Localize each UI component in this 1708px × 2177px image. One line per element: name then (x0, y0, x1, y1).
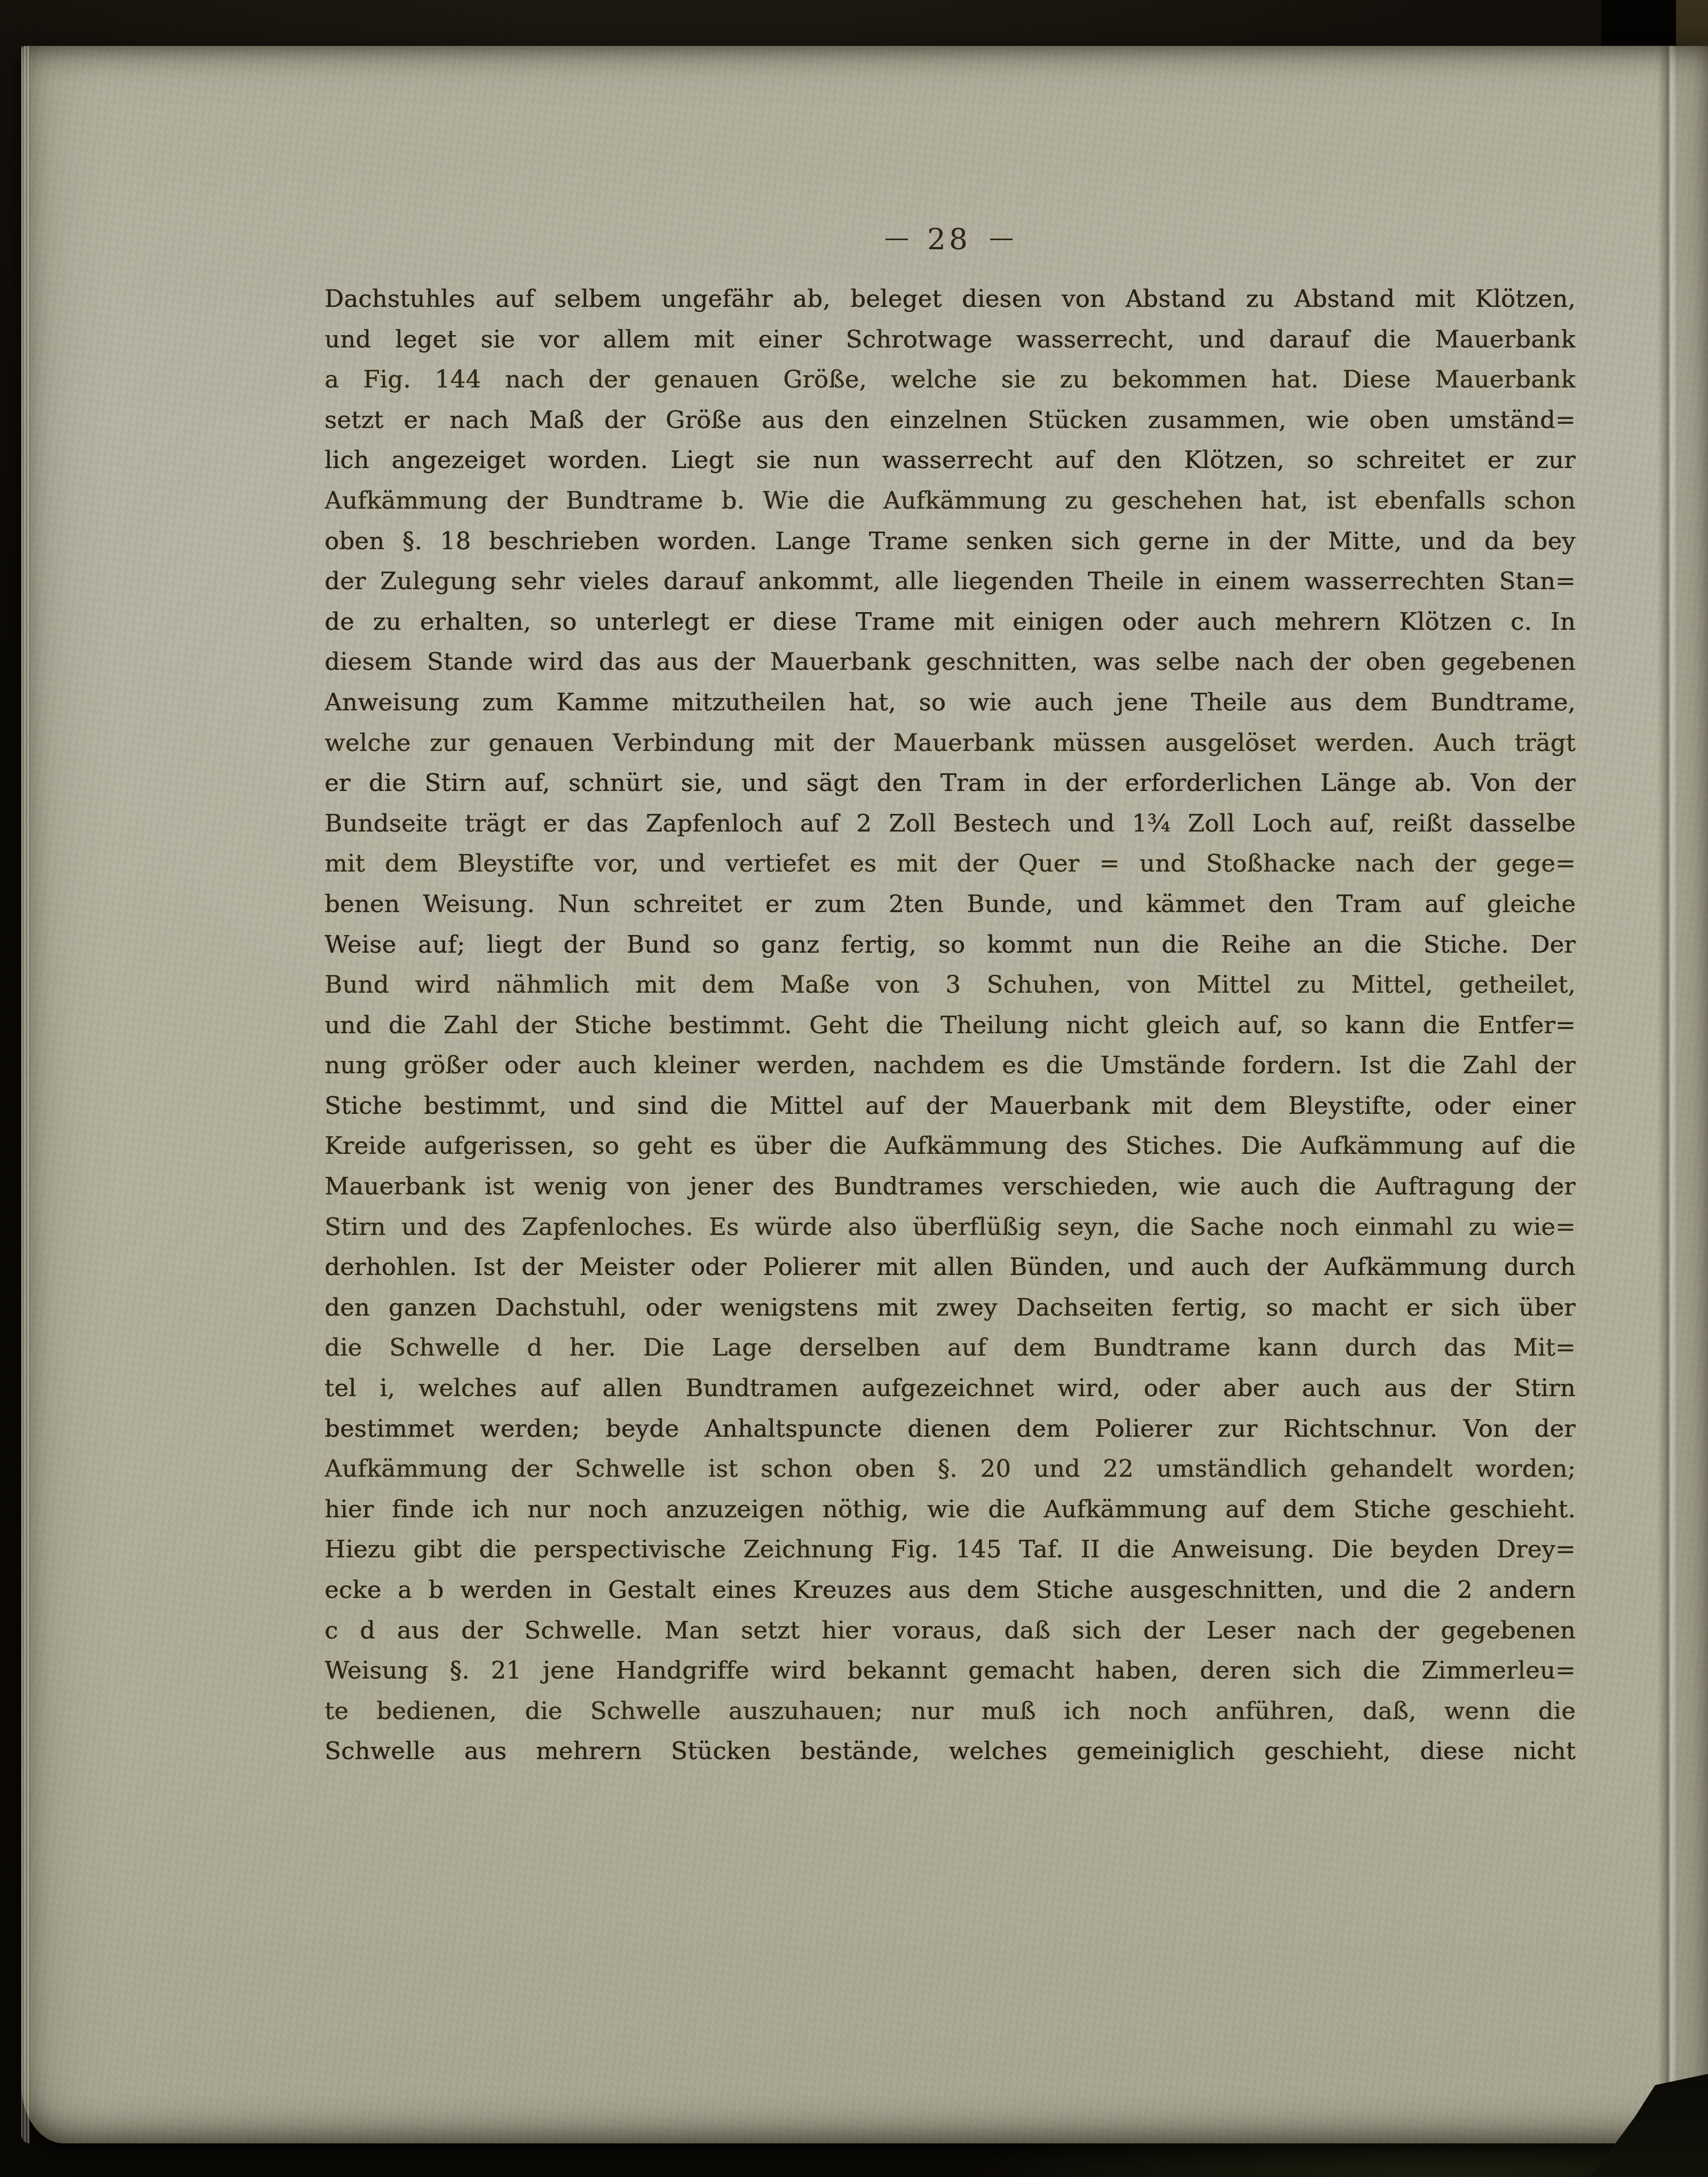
body-text: Dachstuhles auf selbem ungefähr ab, bele… (325, 279, 1576, 1771)
text-line: Mauerbank ist wenig von jener des Bundtr… (325, 1166, 1576, 1207)
page-number: 28 (927, 222, 971, 256)
page-header: —28— (325, 222, 1573, 256)
text-line: Weise auf; liegt der Bund so ganz fertig… (325, 924, 1576, 965)
text-line: Dachstuhles auf selbem ungefähr ab, bele… (325, 279, 1576, 319)
text-line: derhohlen. Ist der Meister oder Polierer… (325, 1247, 1576, 1287)
text-line: Anweisung zum Kamme mitzutheilen hat, so… (325, 682, 1576, 723)
text-line: Aufkämmung der Schwelle ist schon oben §… (325, 1448, 1576, 1489)
cover-notch (1601, 0, 1681, 51)
text-line: nung größer oder auch kleiner werden, na… (325, 1045, 1576, 1086)
text-line: die Schwelle d her. Die Lage derselben a… (325, 1327, 1576, 1368)
text-line: Aufkämmung der Bundtrame b. Wie die Aufk… (325, 480, 1576, 521)
text-line: diesem Stande wird das aus der Mauerbank… (325, 642, 1576, 682)
page-fore-edge (21, 46, 30, 2143)
text-line: benen Weisung. Nun schreitet er zum 2ten… (325, 884, 1576, 924)
text-line: mit dem Bleystifte vor, und vertiefet es… (325, 843, 1576, 884)
text-line: Hiezu gibt die perspectivische Zeichnung… (325, 1529, 1576, 1570)
text-line: Kreide aufgerissen, so geht es über die … (325, 1126, 1576, 1166)
text-line: Stiche bestimmt, und sind die Mittel auf… (325, 1086, 1576, 1126)
page-crease (1658, 46, 1676, 2143)
text-line: welche zur genauen Verbindung mit der Ma… (325, 723, 1576, 763)
next-page-edge (1676, 46, 1708, 2143)
text-line: de zu erhalten, so unterlegt er diese Tr… (325, 601, 1576, 642)
text-line: Bundseite trägt er das Zapfenloch auf 2 … (325, 803, 1576, 844)
text-line: ecke a b werden in Gestalt eines Kreuzes… (325, 1570, 1576, 1610)
text-line: der Zulegung sehr vieles darauf ankommt,… (325, 561, 1576, 601)
book-page: —28— Dachstuhles auf selbem ungefähr ab,… (21, 46, 1708, 2143)
header-dash-right: — (989, 223, 1014, 252)
text-line: den ganzen Dachstuhl, oder wenigstens mi… (325, 1287, 1576, 1328)
text-line: c d aus der Schwelle. Man setzt hier vor… (325, 1610, 1576, 1651)
text-line: bestimmet werden; beyde Anhaltspuncte di… (325, 1408, 1576, 1449)
text-line: Stirn und des Zapfenloches. Es würde als… (325, 1207, 1576, 1247)
text-line: Schwelle aus mehrern Stücken bestände, w… (325, 1731, 1576, 1771)
text-line: Bund wird nähmlich mit dem Maße von 3 Sc… (325, 964, 1576, 1005)
text-line: und leget sie vor allem mit einer Schrot… (325, 319, 1576, 360)
text-line: oben §. 18 beschrieben worden. Lange Tra… (325, 521, 1576, 561)
text-line: te bedienen, die Schwelle auszuhauen; nu… (325, 1691, 1576, 1731)
text-line: a Fig. 144 nach der genauen Größe, welch… (325, 359, 1576, 400)
text-line: hier finde ich nur noch anzuzeigen nöthi… (325, 1489, 1576, 1530)
text-line: setzt er nach Maß der Größe aus den einz… (325, 400, 1576, 440)
header-dash-left: — (884, 223, 909, 252)
text-line: er die Stirn auf, schnürt sie, und sägt … (325, 763, 1576, 803)
book-scan-photo: —28— Dachstuhles auf selbem ungefähr ab,… (0, 0, 1708, 2177)
text-line: Weisung §. 21 jene Handgriffe wird bekan… (325, 1650, 1576, 1691)
text-line: und die Zahl der Stiche bestimmt. Geht d… (325, 1005, 1576, 1046)
text-line: lich angezeiget worden. Liegt sie nun wa… (325, 440, 1576, 480)
text-line: tel i, welches auf allen Bundtramen aufg… (325, 1368, 1576, 1408)
